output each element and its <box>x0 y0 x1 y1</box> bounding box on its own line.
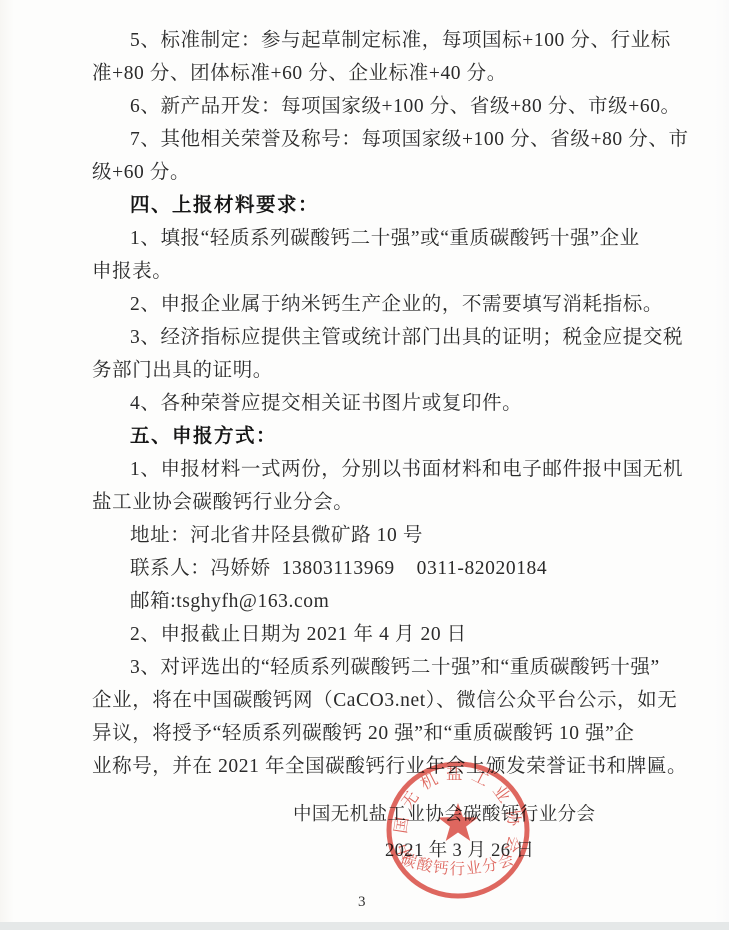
page-number: 3 <box>358 894 366 911</box>
section-heading-line: 四、上报材料要求： <box>92 189 677 222</box>
document-line: 2、申报截止日期为 2021 年 4 月 20 日 <box>92 618 677 651</box>
document-lines: 5、标准制定：参与起草制定标准，每项国标+100 分、行业标准+80 分、团体标… <box>92 24 677 783</box>
official-seal-stamp: 中国无机盐工业协会 碳酸钙行业分会 <box>384 760 532 902</box>
document-line: 申报表。 <box>92 255 677 288</box>
document-line: 1、申报材料一式两份，分别以书面材料和电子邮件报中国无机 <box>92 453 677 486</box>
document-line: 联系人：冯娇娇 13803113969 0311-82020184 <box>92 552 677 585</box>
document-line: 准+80 分、团体标准+60 分、企业标准+40 分。 <box>92 57 677 90</box>
document-line: 7、其他相关荣誉及称号：每项国家级+100 分、省级+80 分、市 <box>92 123 677 156</box>
scan-bottom-edge <box>0 922 729 930</box>
document-line: 3、对评选出的“轻质系列碳酸钙二十强”和“重质碳酸钙十强” <box>92 651 677 684</box>
document-line: 3、经济指标应提供主管或统计部门出具的证明；税金应提交税 <box>92 321 677 354</box>
document-line: 地址：河北省井陉县微矿路 10 号 <box>92 519 677 552</box>
document-line: 5、标准制定：参与起草制定标准，每项国标+100 分、行业标 <box>92 24 677 57</box>
document-line: 邮箱:tsghyfh@163.com <box>92 585 677 618</box>
section-heading-line: 五、申报方式： <box>92 420 677 453</box>
document-line: 级+60 分。 <box>92 156 677 189</box>
document-line: 6、新产品开发：每项国家级+100 分、省级+80 分、市级+60。 <box>92 90 677 123</box>
star-icon <box>438 803 478 841</box>
document-line: 2、申报企业属于纳米钙生产企业的，不需要填写消耗指标。 <box>92 288 677 321</box>
scanned-document-page: 5、标准制定：参与起草制定标准，每项国标+100 分、行业标准+80 分、团体标… <box>0 0 729 930</box>
document-line: 盐工业协会碳酸钙行业分会。 <box>92 486 677 519</box>
document-line: 1、填报“轻质系列碳酸钙二十强”或“重质碳酸钙十强”企业 <box>92 222 677 255</box>
document-line: 异议，将授予“轻质系列碳酸钙 20 强”和“重质碳酸钙 10 强”企 <box>92 717 677 750</box>
document-line: 4、各种荣誉应提交相关证书图片或复印件。 <box>92 387 677 420</box>
document-line: 务部门出具的证明。 <box>92 354 677 387</box>
document-line: 企业，将在中国碳酸钙网（CaCO3.net）、微信公众平台公示，如无 <box>92 684 677 717</box>
